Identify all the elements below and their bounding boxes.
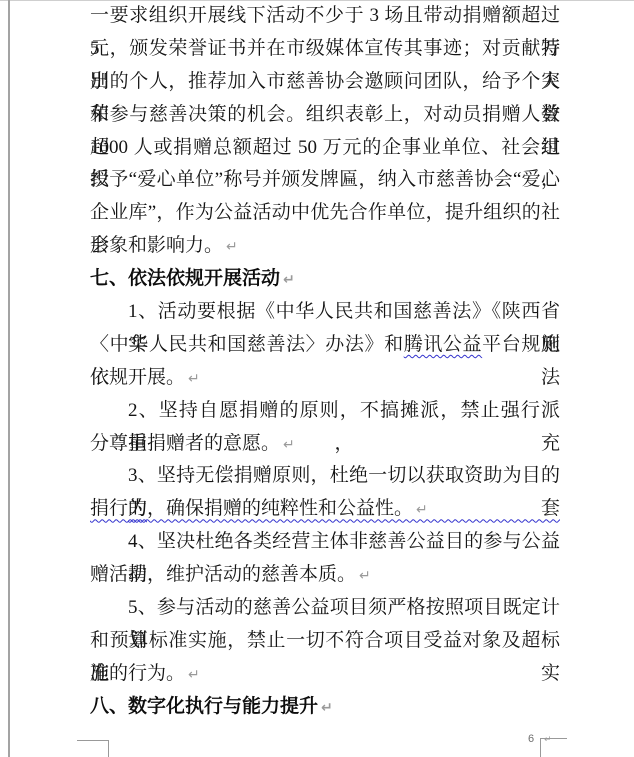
margin-crop-mark-bottom-right	[540, 738, 567, 757]
text-line[interactable]: 元，颁发荣誉证书并在市级媒体宣传其事迹；对贡献特别突	[90, 33, 560, 66]
text-line[interactable]: 3、坚持无偿捐赠原则，杜绝一切以获取资助为目的的套	[90, 460, 560, 493]
text-line[interactable]: 〈中华人民共和国慈善法〉办法》和腾讯公益平台规则依法	[90, 329, 560, 362]
text-line[interactable]: 5、参与活动的慈善公益项目须严格按照项目既定计划	[90, 592, 560, 625]
paragraph-mark-icon: ↵	[283, 272, 295, 288]
paragraph-mark-icon: ↵	[359, 568, 371, 584]
footer-page-number: 6	[528, 733, 534, 745]
text-line[interactable]: 和参与慈善决策的机会。组织表彰上，对动员捐赠人数超过	[90, 99, 560, 132]
text-run: 3、坚持无偿捐赠原则，杜绝一切以获取资助为目的	[128, 465, 560, 486]
text-line[interactable]: 企业库”，作为公益活动中优先合作单位，提升组织的社会	[90, 197, 560, 230]
text-line[interactable]: 出的个人，推荐加入市慈善协会邀顾问团队，给予个人荣誉	[90, 66, 560, 99]
paragraph-mark-icon: ↵	[188, 371, 200, 387]
document-page: 一要求组织开展线下活动不少于 3 场且带动捐赠额超过 5 万元，颁发荣誉证书并在…	[0, 0, 634, 757]
text-line[interactable]: 1、活动要根据《中华人民共和国慈善法》《陕西省实施	[90, 296, 560, 329]
text-run: 赠活动，维护活动的慈善本质。	[90, 564, 356, 585]
text-run: 七、依法依规开展活动	[90, 268, 280, 289]
text-line[interactable]: 4、坚决杜绝各类经营主体非慈善公益目的参与公益捐	[90, 526, 560, 559]
page-left-edge	[8, 0, 10, 757]
text-run: 授予“爱心单位”称号并颁发牌匾，纳入市慈善协会“爱心	[90, 169, 560, 190]
heading-line[interactable]: 八、数字化执行与能力提升↵	[90, 691, 560, 724]
paragraph-mark-icon: ↵	[188, 667, 200, 683]
heading-line[interactable]: 七、依法依规开展活动↵	[90, 263, 560, 296]
text-run: 八、数字化执行与能力提升	[90, 696, 318, 717]
text-line[interactable]: 2、坚持自愿捐赠的原则，不搞摊派，禁止强行派捐，充	[90, 395, 560, 428]
document-body[interactable]: 一要求组织开展线下活动不少于 3 场且带动捐赠额超过 5 万元，颁发荣誉证书并在…	[90, 0, 560, 724]
paragraph-mark-icon: ↵	[321, 700, 333, 716]
text-line[interactable]: 授予“爱心单位”称号并颁发牌匾，纳入市慈善协会“爱心	[90, 164, 560, 197]
paragraph-mark-icon: ↵	[283, 437, 295, 453]
text-line[interactable]: 和预算标准实施，禁止一切不符合项目受益对象及超标准实	[90, 625, 560, 658]
text-line[interactable]: 形象和影响力。↵	[90, 230, 560, 263]
text-run: ，确保捐赠的纯粹性和公益性。	[147, 498, 413, 519]
text-line[interactable]: 1000 人或捐赠总额超过 50 万元的企事业单位、社会组织，	[90, 132, 560, 165]
paragraph-mark-icon: ↵	[416, 502, 428, 518]
margin-crop-mark-bottom-left	[77, 740, 109, 757]
text-run: 施的行为。	[90, 663, 185, 684]
text-line[interactable]: 一要求组织开展线下活动不少于 3 场且带动捐赠额超过 5 万	[90, 0, 560, 33]
text-run: 〈中华人民共和国慈善法〉办法》和	[90, 334, 404, 355]
text-run: 依规开展。	[90, 367, 185, 388]
text-line[interactable]: 赠活动，维护活动的慈善本质。↵	[90, 559, 560, 592]
spellcheck-wavy-underline: 捐行为	[90, 498, 147, 519]
spellcheck-wavy-underline: 腾讯公益	[404, 334, 482, 355]
text-run: 分尊重捐赠者的意愿。	[90, 433, 280, 454]
paragraph-mark-icon: ↵	[226, 239, 238, 255]
text-run: 形象和影响力。	[90, 235, 223, 256]
